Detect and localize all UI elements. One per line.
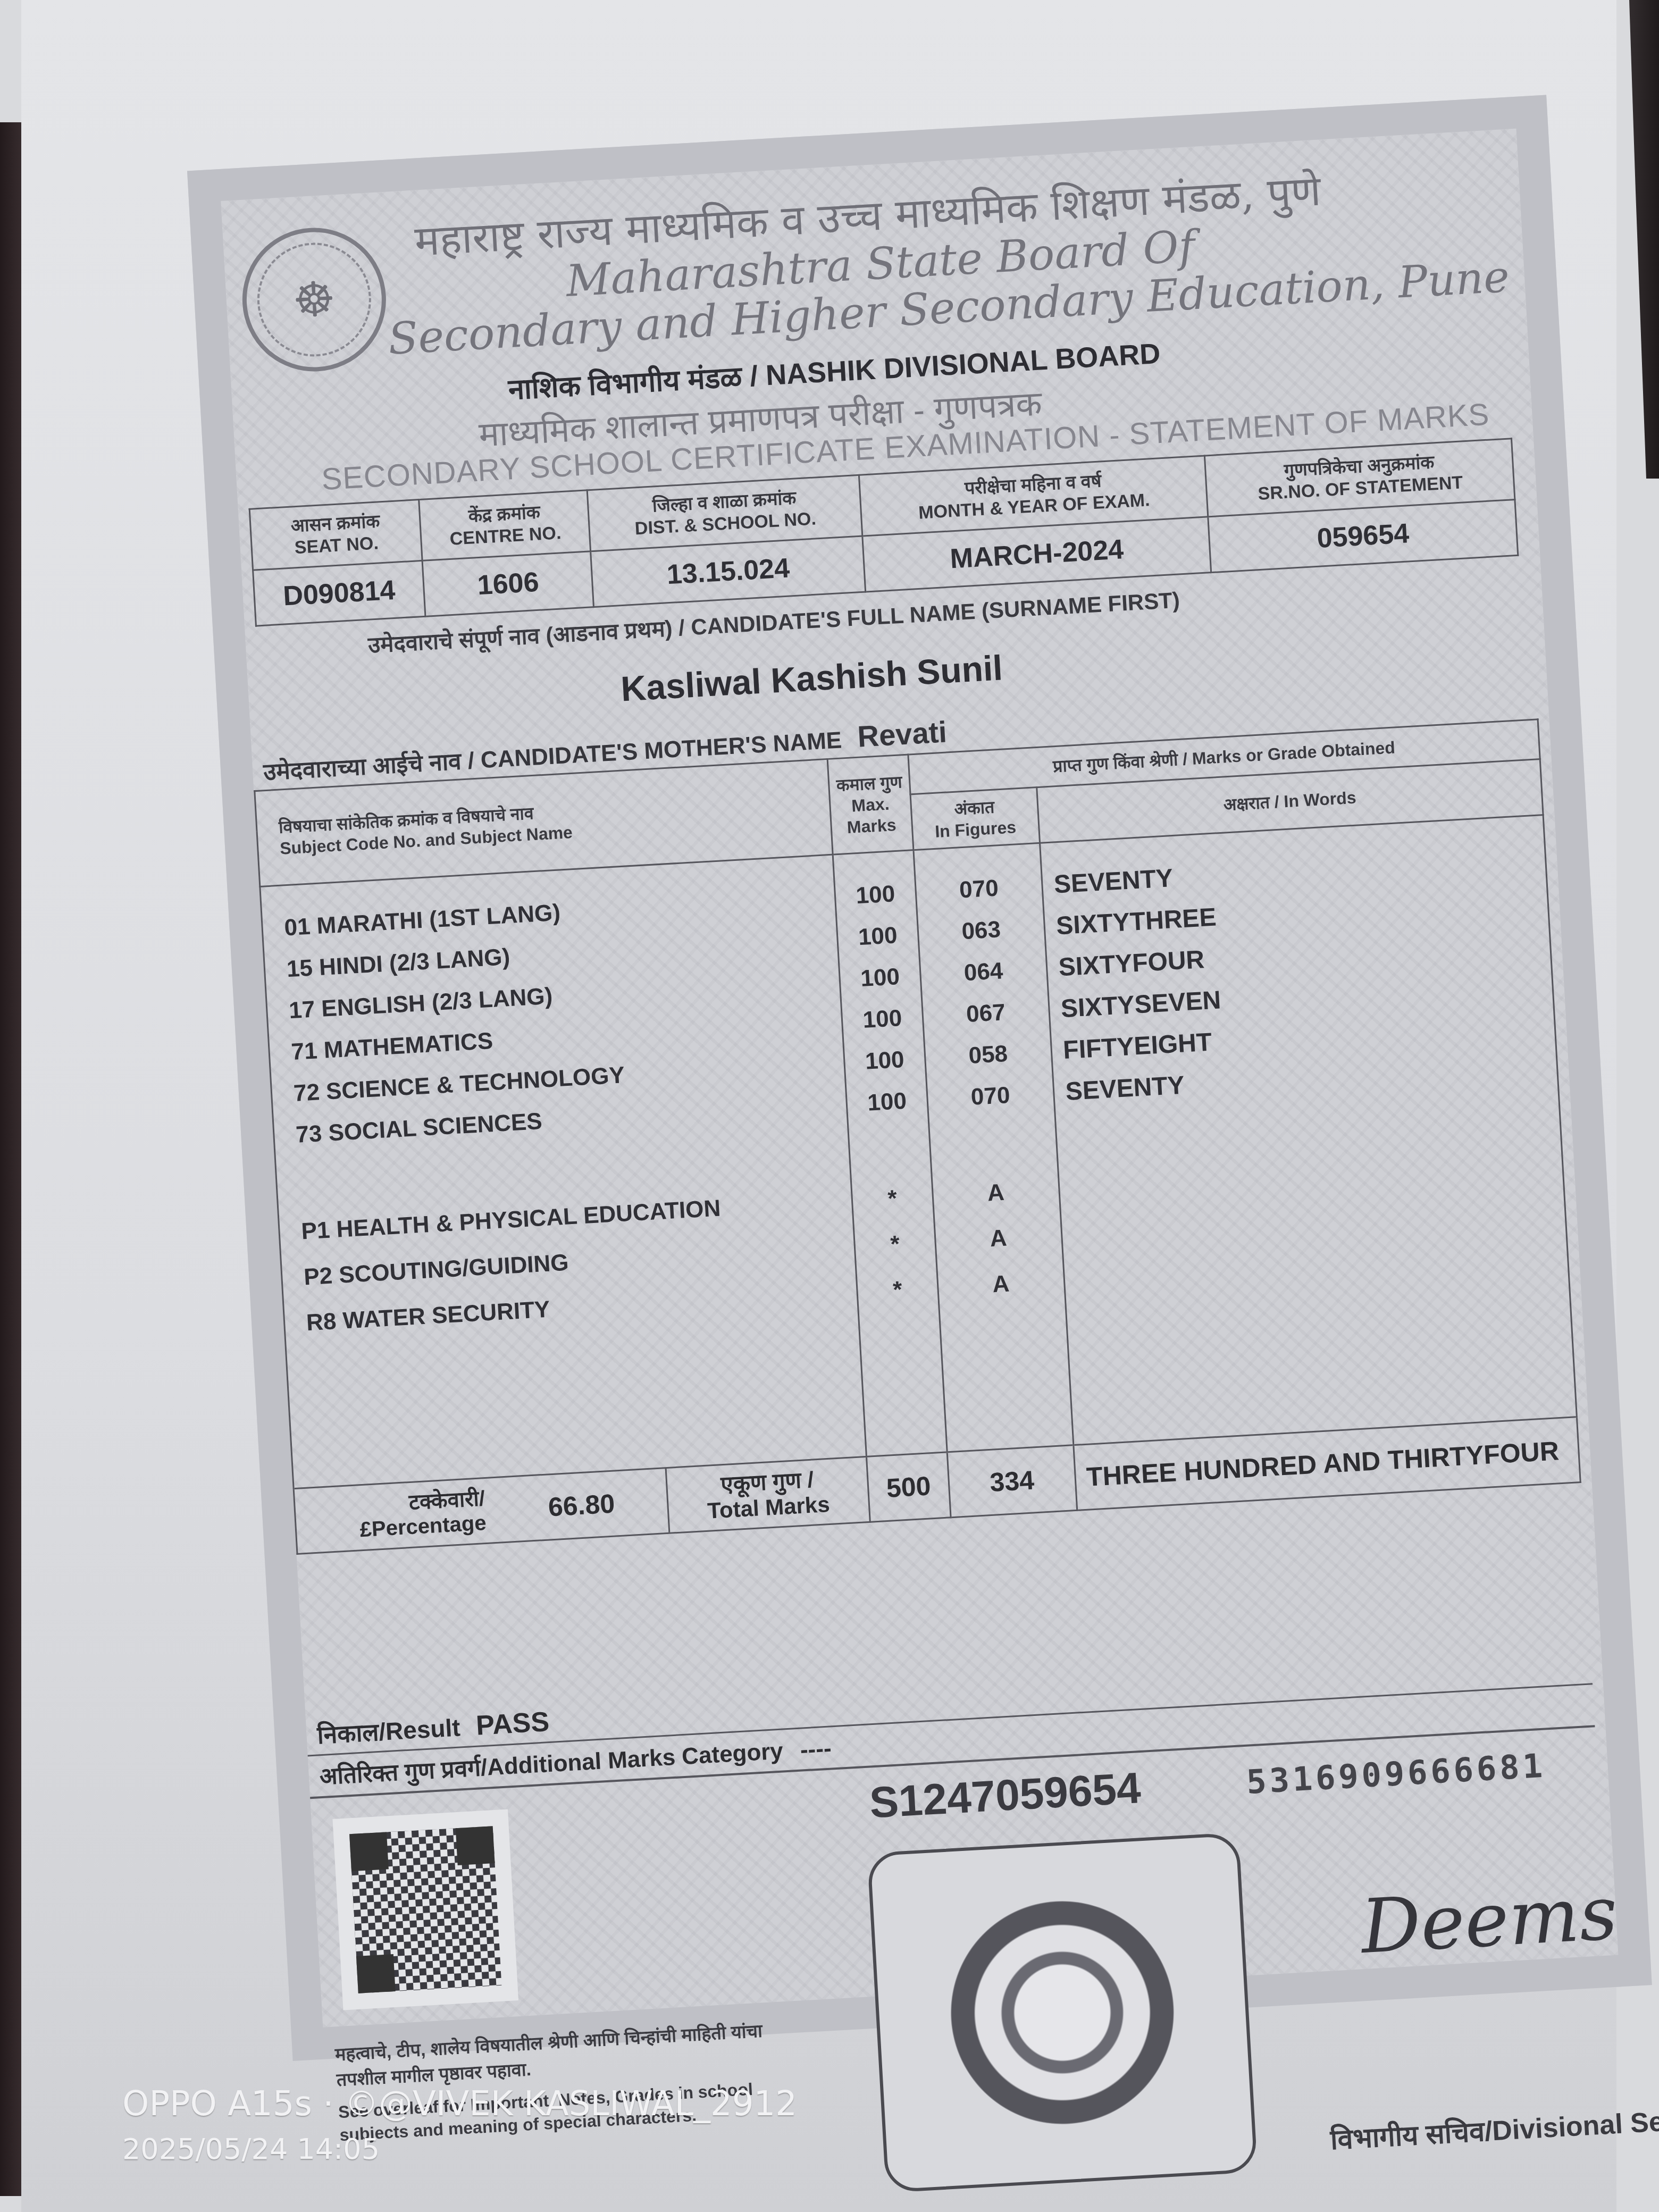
mother-name: Revati [857, 715, 948, 753]
barcode-number: 5316909666681 [1245, 1746, 1546, 1802]
subject-marks-figures: 067 [923, 990, 1049, 1038]
subject-max-marks: 100 [837, 914, 918, 959]
subject-max-marks: 100 [844, 1038, 925, 1084]
result-label: निकाल/Result [316, 1713, 461, 1749]
result-value: PASS [475, 1706, 550, 1741]
subject-marks-figures: 070 [916, 865, 1042, 914]
graded-subject-max: * [857, 1265, 937, 1315]
qr-code-icon [349, 1826, 501, 1993]
qr-code[interactable] [332, 1809, 518, 2010]
subject-max-marks: 100 [840, 955, 920, 1001]
marksheet: ☸ महाराष्ट्र राज्य माध्यमिक व उच्च माध्य… [187, 95, 1652, 2061]
words-column: SEVENTYSIXTYTHREESIXTYFOURSIXTYSEVENFIFT… [1040, 815, 1577, 1445]
seat-no-label: आसन क्रमांकSEAT NO. [249, 500, 422, 571]
subject-marks-figures: 063 [918, 907, 1044, 955]
additional-marks-value: ---- [800, 1735, 832, 1763]
board-emblem-icon: ☸ [239, 224, 390, 375]
graded-subject-grade: A [935, 1212, 1061, 1265]
centre-no: 1606 [422, 551, 594, 617]
seat-no: D090814 [253, 560, 426, 626]
max-marks-header: कमाल गुणMax. Marks [827, 755, 913, 854]
marks-table: विषयाचा सांकेतिक क्रमांक व विषयाचे नावSu… [254, 718, 1581, 1555]
hologram-emblem-icon [945, 1895, 1180, 2131]
percentage-value: 66.80 [495, 1469, 669, 1542]
subject-names-column: 01 MARATHI (1ST LANG)15 HINDI (2/3 LANG)… [260, 854, 867, 1488]
graded-subject-max: * [855, 1219, 935, 1269]
document-serial: S1247059654 [868, 1763, 1142, 1828]
divisional-secretary-label: विभागीय सचिव/Divisional Secretary [1329, 2097, 1659, 2158]
camera-timestamp: 2025/05/24 14:05 [122, 2132, 380, 2166]
subject-max-marks: 100 [835, 872, 916, 918]
graded-subject-grade: A [938, 1258, 1064, 1311]
in-figures-header: अंकातIn Figures [910, 787, 1040, 850]
subject-max-marks: 100 [847, 1079, 927, 1125]
subject-marks-figures: 058 [925, 1031, 1051, 1079]
total-obtained-marks: 334 [947, 1445, 1077, 1518]
graded-subject-max: * [852, 1174, 933, 1224]
candidate-name: Kasliwal Kashish Sunil [620, 647, 1004, 709]
camera-watermark: OPPO A15s · ©@VIVEK KASLIWAL_2912 [122, 2084, 797, 2124]
total-max-marks: 500 [867, 1452, 951, 1522]
subject-marks-figures: 070 [927, 1072, 1053, 1120]
graded-subject-grade: A [933, 1167, 1059, 1219]
subject-marks-figures: 064 [920, 948, 1046, 996]
total-marks-label: एकूण गुण /Total Marks [666, 1457, 869, 1532]
percentage-label: टक्केवारी/£Percentage [295, 1478, 498, 1553]
hologram-seal [867, 1832, 1258, 2193]
centre-no-label: केंद्र क्रमांकCENTRE NO. [419, 490, 591, 561]
subject-max-marks: 100 [842, 996, 923, 1042]
signature: Deems [1359, 1870, 1620, 1971]
paper-sheet: ☸ महाराष्ट्र राज्य माध्यमिक व उच्च माध्य… [21, 0, 1616, 2212]
background-surface-right [1616, 0, 1659, 479]
